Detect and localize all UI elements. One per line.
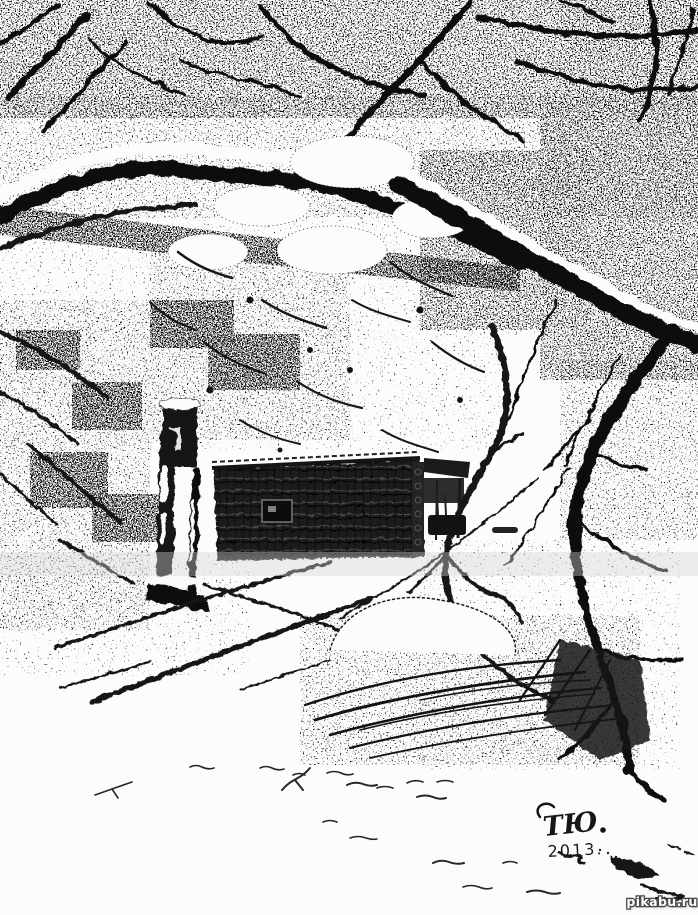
cabin-wall <box>214 460 424 560</box>
watermark-band <box>0 552 698 576</box>
signature-year: 2013. <box>547 839 604 861</box>
ink-drawing: ТЮ 2013. pikabu.ru pikabu.ru <box>0 0 698 915</box>
cabin-log-ends <box>412 462 424 556</box>
site-watermark-text: pikabu.ru <box>626 894 697 909</box>
signature-dot <box>600 827 606 833</box>
cabin-window <box>262 500 292 522</box>
signature-monogram: ТЮ <box>541 806 599 843</box>
site-watermark: pikabu.ru pikabu.ru <box>626 894 698 910</box>
artwork-image: ТЮ 2013. pikabu.ru pikabu.ru <box>0 0 698 915</box>
bench <box>428 515 466 535</box>
log-on-snow <box>492 527 518 533</box>
